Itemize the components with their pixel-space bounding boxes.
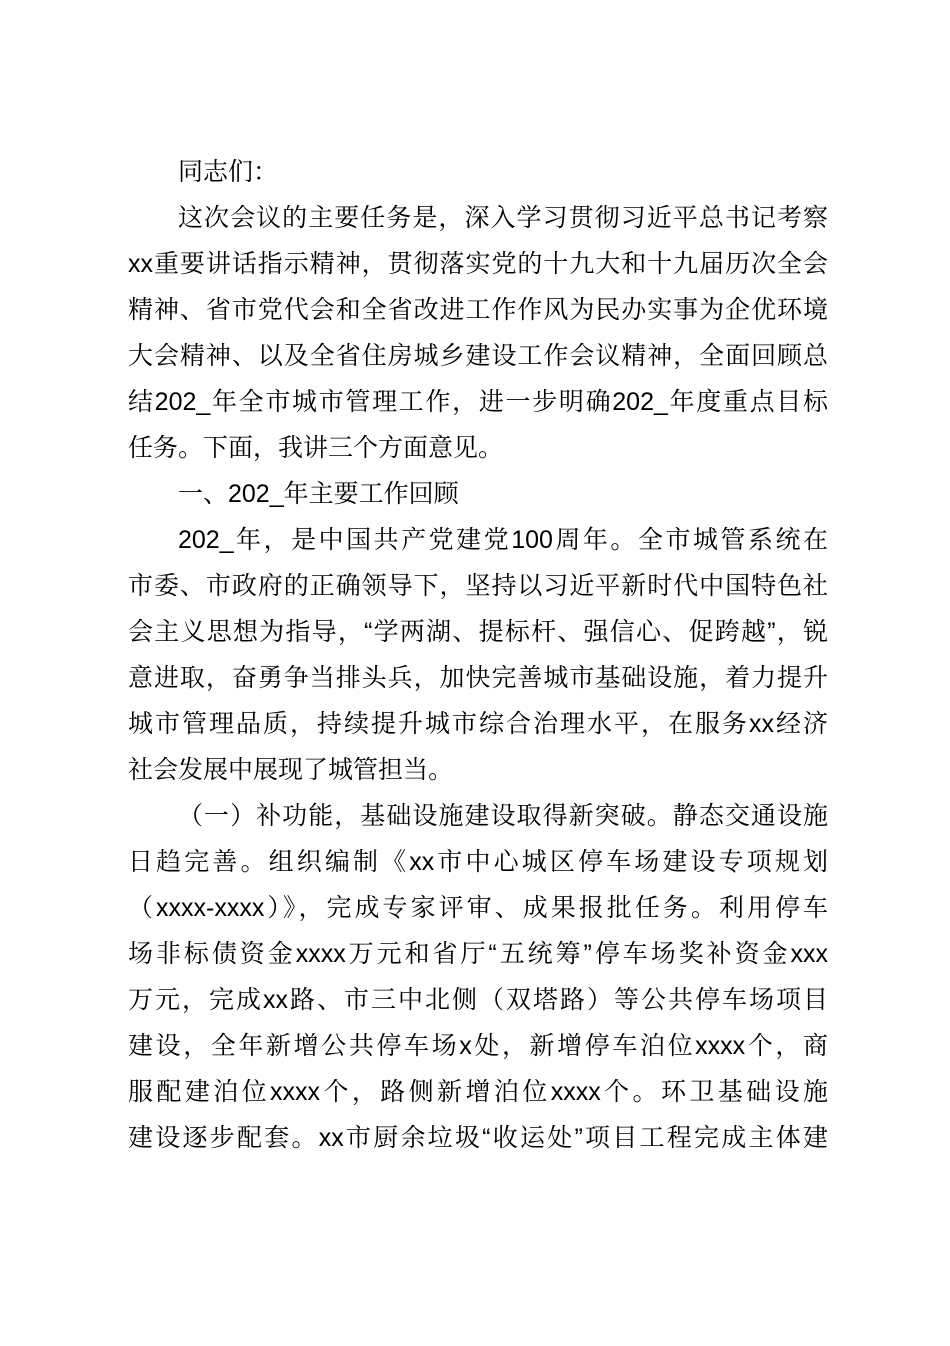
- text-line: 建设，全年新增公共停车场x处，新增停车泊位xxxx个，商: [128, 1023, 828, 1069]
- heading-line: 一、202_年主要工作回顾: [128, 471, 828, 517]
- text-line: xx重要讲话指示精神，贯彻落实党的十九大和十九届历次全会: [128, 241, 828, 287]
- text-line: 202_年，是中国共产党建党100周年。全市城管系统在: [128, 517, 828, 563]
- text-line: 日趋完善。组织编制《xx市中心城区停车场建设专项规划: [128, 839, 828, 885]
- document-page: 同志们： 这次会议的主要任务是，深入学习贯彻习近平总书记考察 xx重要讲话指示精…: [0, 0, 950, 1346]
- text-line: 同志们：: [128, 149, 828, 195]
- paragraph-meeting-intro: 这次会议的主要任务是，深入学习贯彻习近平总书记考察 xx重要讲话指示精神，贯彻落…: [128, 195, 828, 471]
- heading-section-1: 一、202_年主要工作回顾: [128, 471, 828, 517]
- text-line: 精神、省市党代会和全省改进工作作风为民办实事为企优环境: [128, 287, 828, 333]
- text-line: 大会精神、以及全省住房城乡建设工作会议精神，全面回顾总: [128, 333, 828, 379]
- text-line: （xxxx-xxxx）》，完成专家评审、成果报批任务。利用停车: [128, 885, 828, 931]
- text-line: 城市管理品质，持续提升城市综合治理水平，在服务xx经济: [128, 701, 828, 747]
- text-line: 任务。下面，我讲三个方面意见。: [128, 425, 828, 471]
- paragraph-year-review: 202_年，是中国共产党建党100周年。全市城管系统在 市委、市政府的正确领导下…: [128, 517, 828, 793]
- text-line: 市委、市政府的正确领导下，坚持以习近平新时代中国特色社: [128, 563, 828, 609]
- text-line: （一）补功能，基础设施建设取得新突破。静态交通设施: [128, 793, 828, 839]
- paragraph-salutation: 同志们：: [128, 149, 828, 195]
- text-line: 会主义思想为指导，“学两湖、提标杆、强信心、促跨越”，锐: [128, 609, 828, 655]
- text-line: 结202_年全市城市管理工作，进一步明确202_年度重点目标: [128, 379, 828, 425]
- text-line: 万元，完成xx路、市三中北侧（双塔路）等公共停车场项目: [128, 977, 828, 1023]
- text-line: 意进取，奋勇争当排头兵，加快完善城市基础设施，着力提升: [128, 655, 828, 701]
- text-line: 这次会议的主要任务是，深入学习贯彻习近平总书记考察: [128, 195, 828, 241]
- text-line: 服配建泊位xxxx个，路侧新增泊位xxxx个。环卫基础设施: [128, 1069, 828, 1115]
- text-line: 社会发展中展现了城管担当。: [128, 747, 828, 793]
- text-line: 场非标债资金xxxx万元和省厅“五统筹”停车场奖补资金xxx: [128, 931, 828, 977]
- text-line: 建设逐步配套。xx市厨余垃圾“收运处”项目工程完成主体建: [128, 1115, 828, 1161]
- paragraph-item-1-infrastructure: （一）补功能，基础设施建设取得新突破。静态交通设施 日趋完善。组织编制《xx市中…: [128, 793, 828, 1161]
